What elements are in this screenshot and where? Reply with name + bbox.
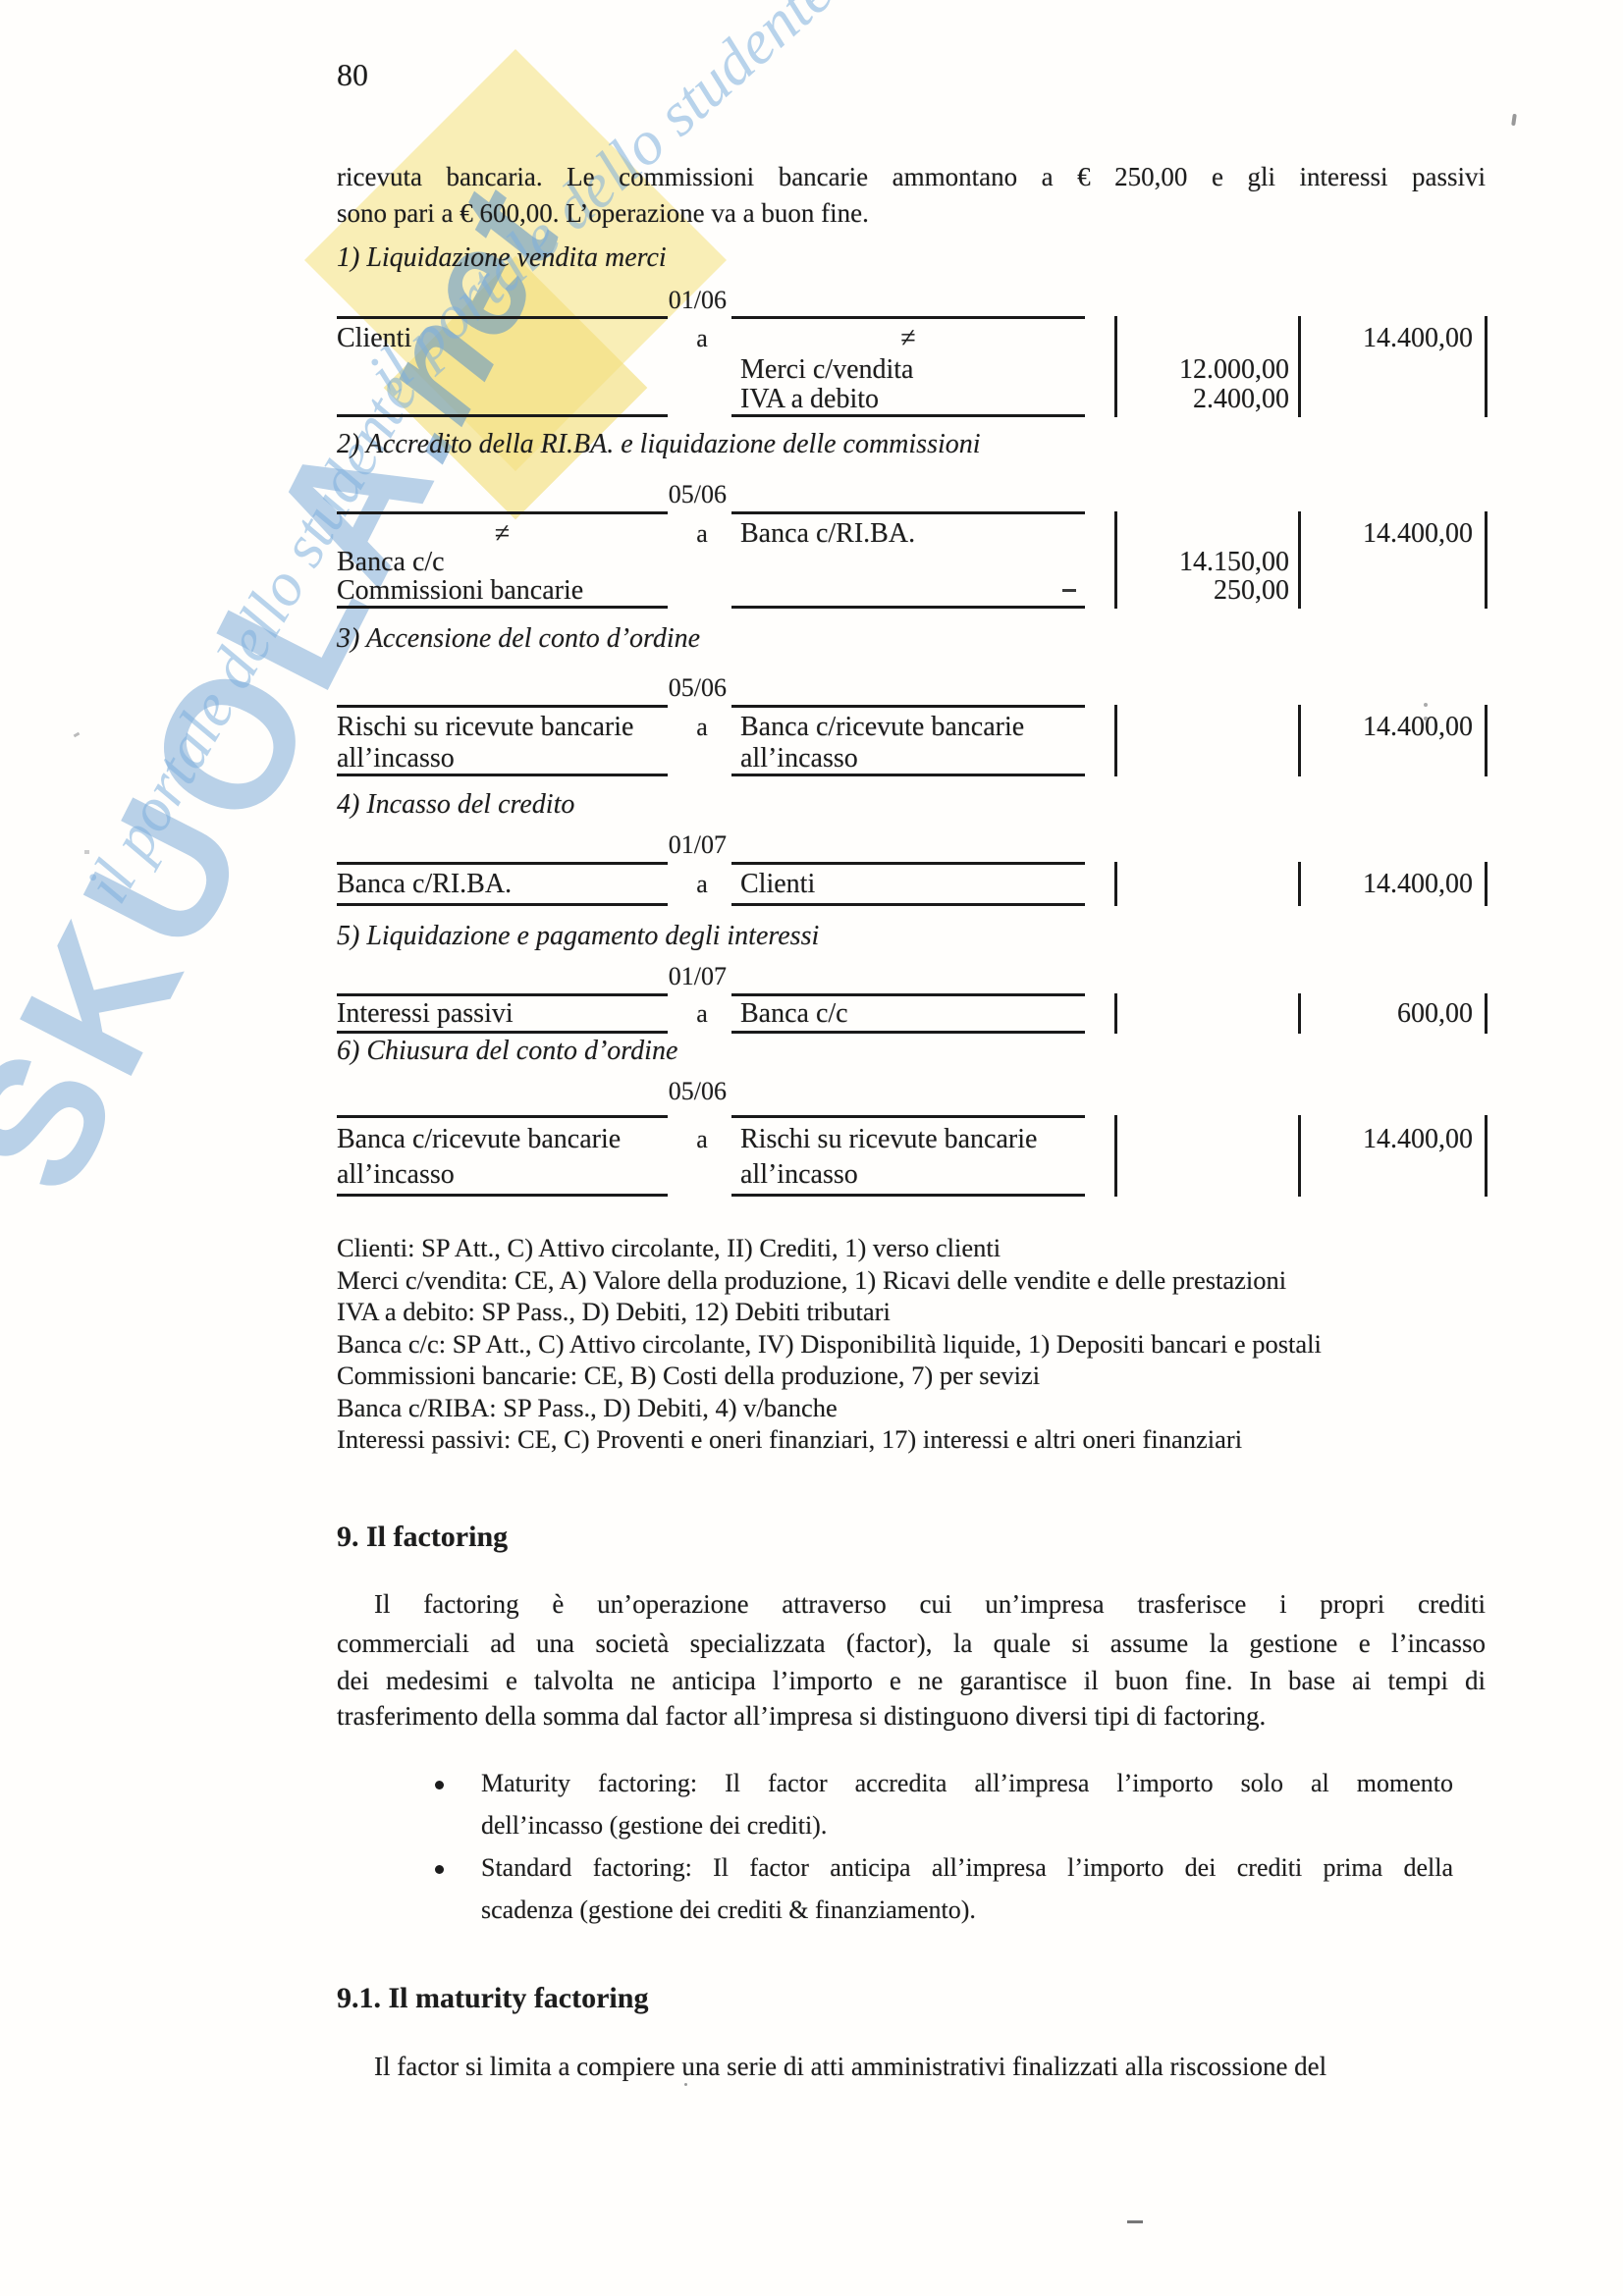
column-bar [1485, 993, 1488, 1034]
partial-amount: 12.000,00 [1119, 353, 1289, 386]
entry-3-heading: 3) Accensione del conto d’ordine [337, 622, 700, 655]
entry-1-date: 01/06 [550, 286, 727, 316]
section-9-1-paragraph-line-1: Il factor si limita a compiere una serie… [337, 2052, 1486, 2083]
total-amount: 14.400,00 [1303, 517, 1473, 550]
rule [337, 993, 668, 996]
connector-a: a [685, 519, 719, 550]
column-bar [1485, 862, 1488, 906]
total-amount: 14.400,00 [1303, 1123, 1473, 1155]
classification-merci: Merci c/vendita: CE, A) Valore della pro… [337, 1265, 1286, 1296]
scan-artifact-speck [1424, 703, 1428, 707]
entry-6-heading: 6) Chiusura del conto d’ordine [337, 1035, 677, 1067]
section-9-paragraph-line-2: commerciali ad una società specializzata… [337, 1629, 1486, 1660]
classification-commissioni: Commissioni bancarie: CE, B) Costi della… [337, 1361, 1040, 1391]
section-9-paragraph-line-3: dei medesimi e talvolta ne anticipa l’im… [337, 1666, 1486, 1697]
rule [731, 1194, 1085, 1197]
rule [731, 862, 1085, 865]
rule [731, 414, 1085, 417]
credit-account: Banca c/c [740, 997, 1085, 1030]
credit-account: Merci c/vendita [740, 353, 1085, 386]
credit-account: IVA a debito [740, 383, 1085, 415]
total-amount: 14.400,00 [1303, 322, 1473, 354]
diversi-symbol: ≠ [731, 322, 1085, 354]
rule [337, 1031, 668, 1034]
rule [731, 1031, 1085, 1034]
column-bar [1114, 511, 1117, 609]
scan-artifact-speck [74, 732, 81, 738]
entry-1-heading: 1) Liquidazione vendita merci [337, 241, 667, 274]
credit-account: Banca c/RI.BA. [740, 517, 1085, 550]
entry-2-date: 05/06 [550, 480, 727, 510]
entry-3-date: 05/06 [550, 673, 727, 704]
rule [337, 774, 668, 776]
classification-clienti: Clienti: SP Att., C) Attivo circolante, … [337, 1233, 1001, 1263]
bullet-standard-line-2: scadenza (gestione dei crediti & finanzi… [481, 1896, 1453, 1926]
rule [731, 903, 1085, 906]
rule [731, 1115, 1085, 1118]
classification-iva: IVA a debito: SP Pass., D) Debiti, 12) D… [337, 1297, 891, 1327]
total-amount: 14.400,00 [1303, 711, 1473, 743]
column-bar [1114, 1115, 1117, 1197]
scan-artifact-dash [1062, 589, 1076, 592]
column-bar [1298, 511, 1301, 609]
section-9-1-title: 9.1. Il maturity factoring [337, 1981, 648, 2015]
rule [337, 1194, 668, 1197]
column-bar [1298, 316, 1301, 417]
entry-2-heading: 2) Accredito della RI.BA. e liquidazione… [337, 428, 981, 460]
column-bar [1114, 316, 1117, 417]
scan-artifact-speck [684, 2083, 687, 2086]
scanned-page: SKUOLA.net il portale dello studente il … [0, 0, 1623, 2296]
scan-artifact-speck [1511, 114, 1517, 126]
column-bar [1114, 705, 1117, 776]
column-bar [1114, 862, 1117, 906]
scan-artifact-dash [1127, 2220, 1143, 2223]
credit-account: Banca c/ricevute bancarie [740, 711, 1085, 743]
scan-artifact-speck [84, 850, 89, 854]
credit-account: Clienti [740, 868, 1085, 900]
rule [731, 774, 1085, 776]
rule [731, 993, 1085, 996]
credit-account-cont: all’incasso [740, 1158, 1085, 1191]
rule [337, 705, 668, 708]
entry-4-date: 01/07 [550, 830, 727, 861]
section-9-paragraph-line-1: Il factoring è un’operazione attraverso … [337, 1589, 1486, 1621]
debit-account: Rischi su ricevute bancarie [337, 711, 668, 743]
entry-5-date: 01/07 [550, 962, 727, 992]
intro-line-1: ricevuta bancaria. Le commissioni bancar… [337, 162, 1486, 193]
rule [337, 903, 668, 906]
rule [731, 511, 1085, 514]
rule [337, 606, 668, 609]
bullet-maturity-line-1: Maturity factoring: Il factor accredita … [481, 1769, 1453, 1799]
column-bar [1485, 511, 1488, 609]
rule [731, 316, 1085, 319]
bullet-standard-line-1: Standard factoring: Il factor anticipa a… [481, 1853, 1453, 1884]
connector-a: a [685, 999, 719, 1030]
total-amount: 600,00 [1303, 997, 1473, 1030]
credit-account-cont: all’incasso [740, 742, 1085, 774]
scan-artifact-speck [1424, 717, 1428, 721]
connector-a: a [685, 324, 719, 354]
connector-a: a [685, 713, 719, 743]
bullet-icon [435, 1781, 444, 1789]
entry-4-heading: 4) Incasso del credito [337, 788, 574, 821]
column-bar [1114, 993, 1117, 1034]
column-bar [1298, 993, 1301, 1034]
partial-amount: 250,00 [1119, 574, 1289, 607]
connector-a: a [685, 870, 719, 900]
rule [337, 1115, 668, 1118]
entry-5-heading: 5) Liquidazione e pagamento degli intere… [337, 920, 819, 952]
debit-account: Interessi passivi [337, 997, 668, 1030]
bullet-icon [435, 1865, 444, 1874]
rule [337, 862, 668, 865]
rule [337, 511, 668, 514]
debit-account-cont: all’incasso [337, 742, 668, 774]
debit-account: Commissioni bancarie [337, 574, 668, 607]
rule [337, 316, 668, 319]
rule [731, 606, 1085, 609]
rule [337, 414, 668, 417]
classification-banca-riba: Banca c/RIBA: SP Pass., D) Debiti, 4) v/… [337, 1393, 838, 1423]
column-bar [1298, 862, 1301, 906]
page-number: 80 [337, 57, 368, 94]
entry-6-date: 05/06 [550, 1077, 727, 1107]
debit-account: Banca c/ricevute bancarie [337, 1123, 668, 1155]
credit-account: Rischi su ricevute bancarie [740, 1123, 1085, 1155]
column-bar [1485, 316, 1488, 417]
rule [731, 705, 1085, 708]
partial-amount: 2.400,00 [1119, 383, 1289, 415]
debit-account: Banca c/RI.BA. [337, 868, 668, 900]
column-bar [1485, 705, 1488, 776]
column-bar [1485, 1115, 1488, 1197]
debit-account: Clienti [337, 322, 668, 354]
column-bar [1298, 1115, 1301, 1197]
section-9-paragraph-line-4: trasferimento della somma dal factor all… [337, 1701, 1486, 1733]
section-9-title: 9. Il factoring [337, 1520, 508, 1554]
total-amount: 14.400,00 [1303, 868, 1473, 900]
connector-a: a [685, 1125, 719, 1155]
debit-account-cont: all’incasso [337, 1158, 668, 1191]
classification-interessi: Interessi passivi: CE, C) Proventi e one… [337, 1424, 1242, 1455]
column-bar [1298, 705, 1301, 776]
intro-line-2: sono pari a € 600,00. L’operazione va a … [337, 198, 1486, 230]
bullet-maturity-line-2: dell’incasso (gestione dei crediti). [481, 1811, 1453, 1842]
classification-banca-cc: Banca c/c: SP Att., C) Attivo circolante… [337, 1329, 1322, 1360]
